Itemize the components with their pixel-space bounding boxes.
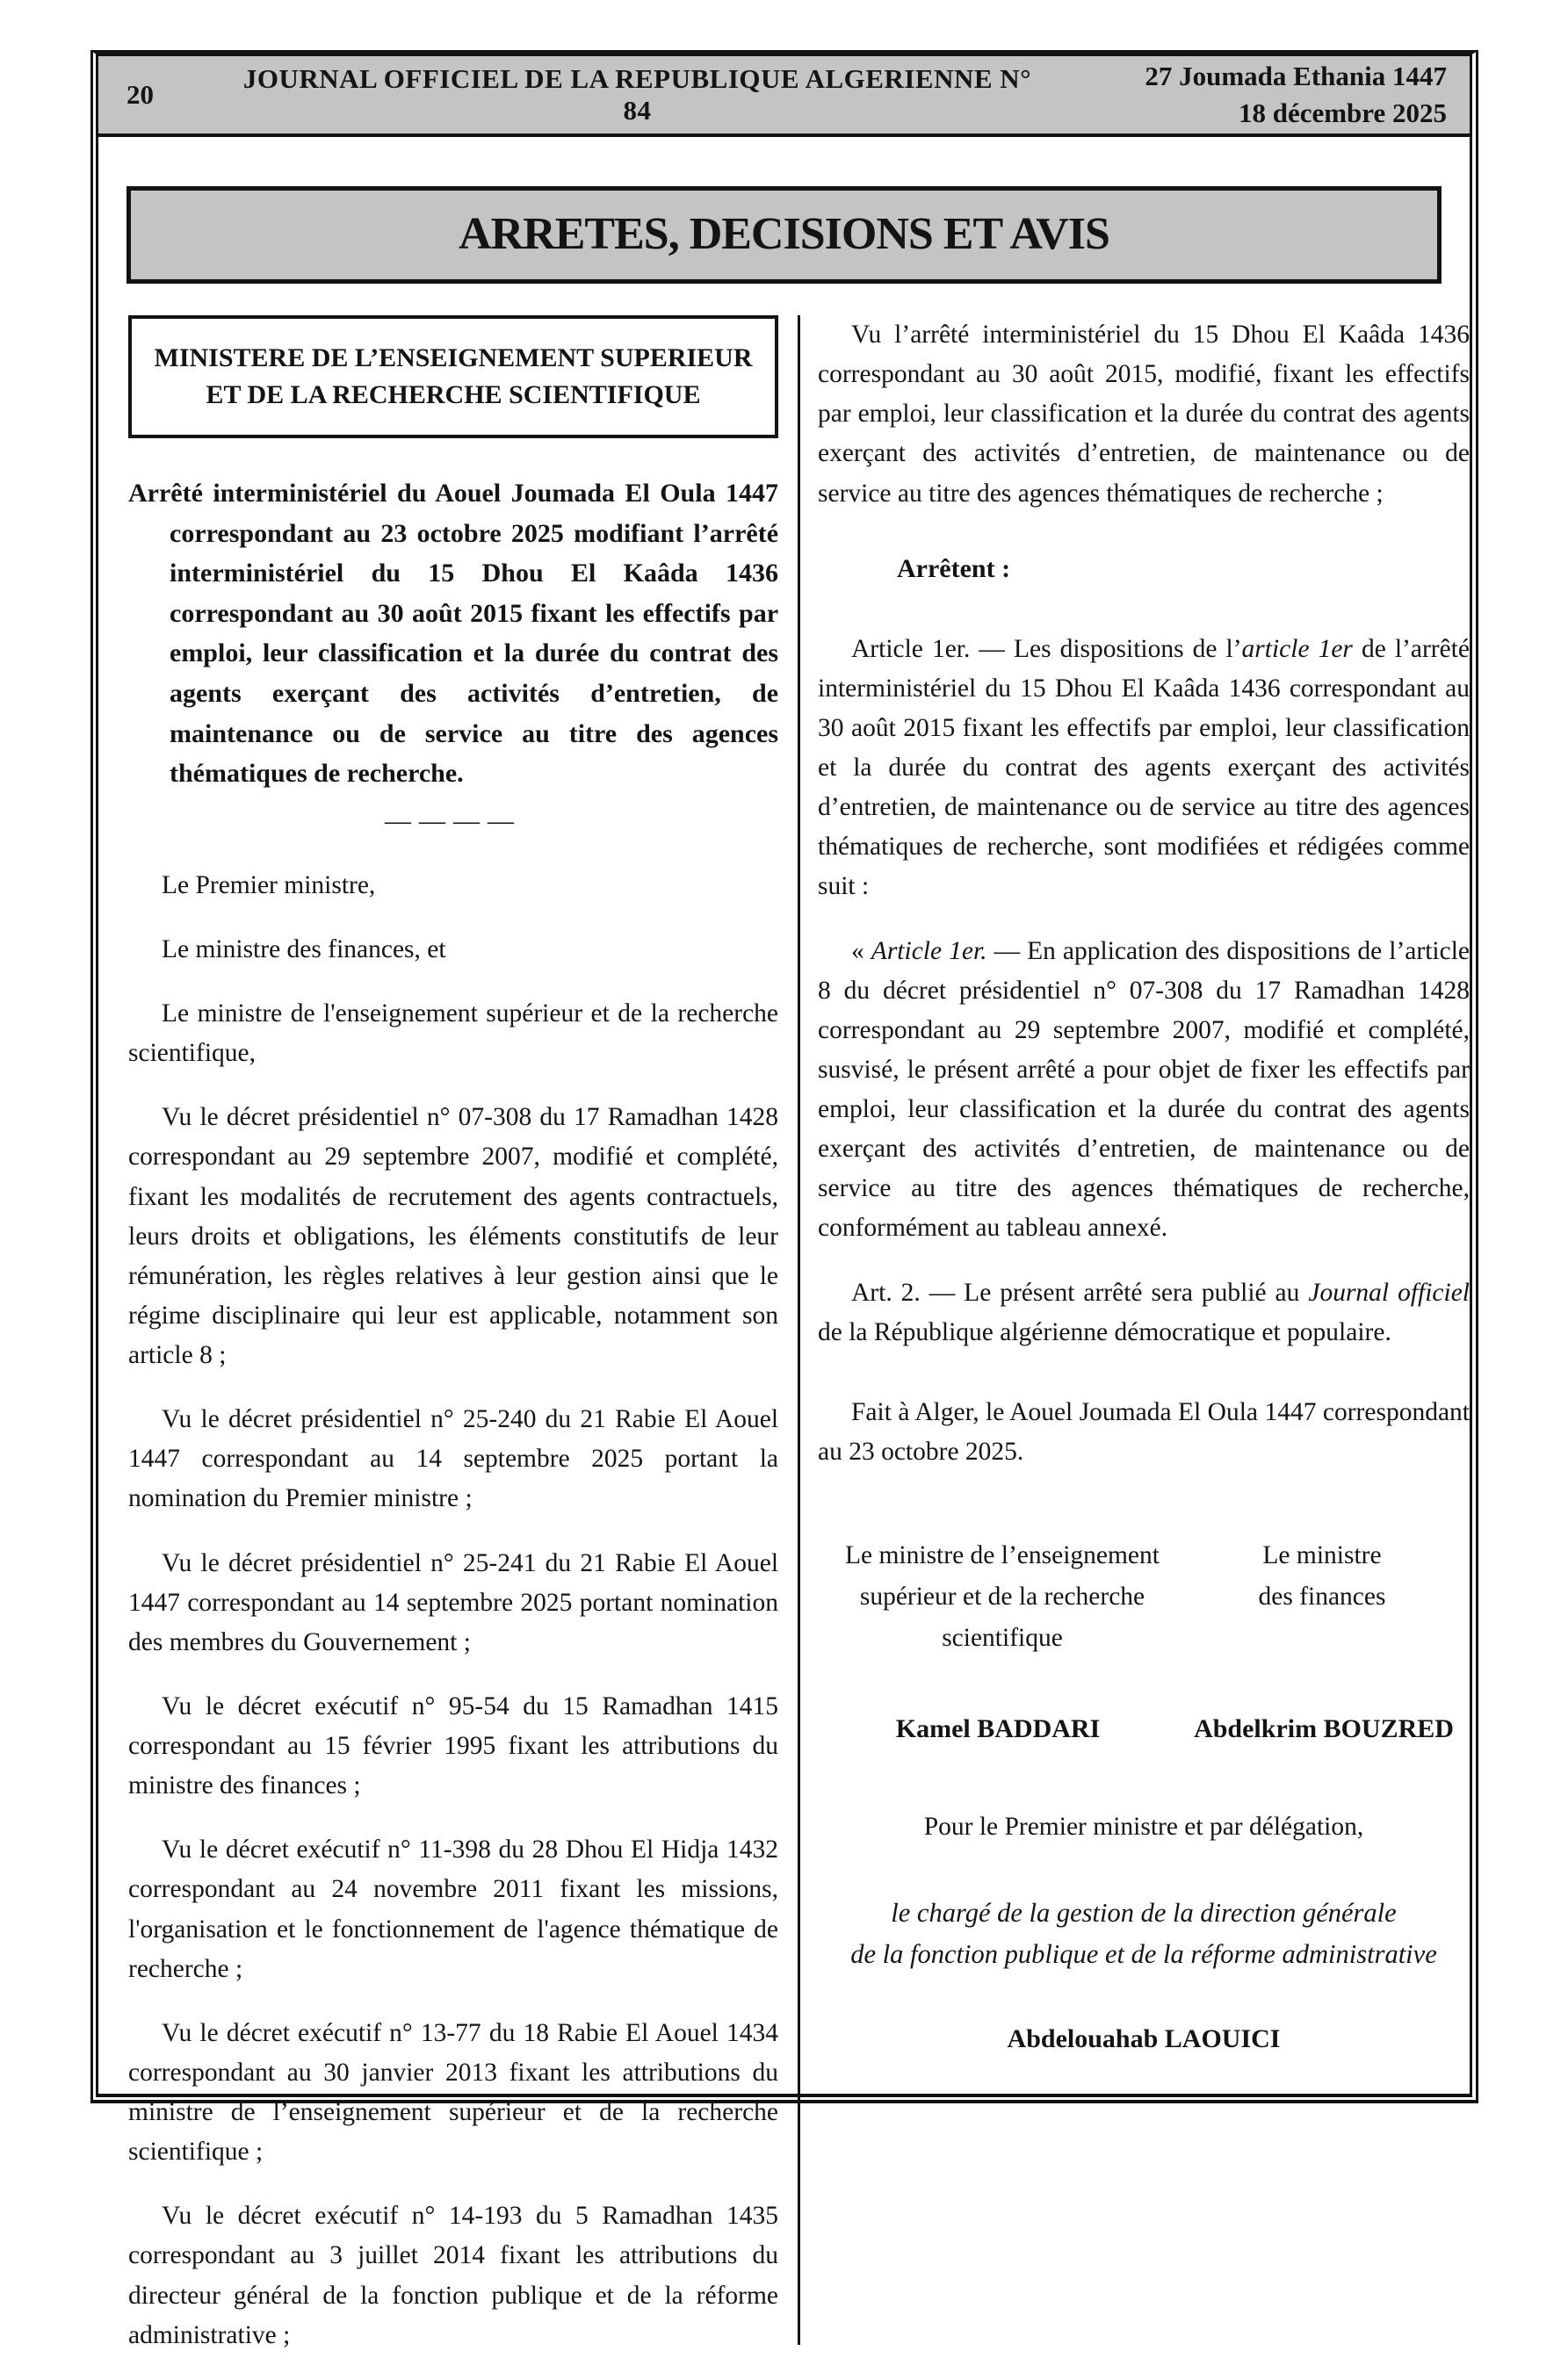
visa-paragraph: Vu le décret exécutif n° 11-398 du 28 Dh… [128,1830,778,1989]
visa-paragraph: Vu le décret présidentiel n° 07-308 du 1… [128,1098,778,1375]
column-divider [798,315,800,2345]
visa-paragraph: Vu le décret exécutif n° 13-77 du 18 Rab… [128,2014,778,2173]
delegate-name: Abdelouahab LAOUICI [818,2024,1470,2054]
visa-paragraph: Vu le décret exécutif n° 14-193 du 5 Ram… [128,2196,778,2355]
ministry-heading-box: MINISTERE DE L’ENSEIGNEMENT SUPERIEUR ET… [128,315,778,438]
signature-title-right-line2: des finances [1199,1576,1445,1618]
article-1-paragraph: Article 1er. — Les dispositions de l’art… [818,630,1470,907]
article-2-rest: de la République algérienne démocratique… [818,1318,1391,1346]
signature-title-left: Le ministre de l’enseignement supérieur … [818,1535,1187,1660]
left-column: MINISTERE DE L’ENSEIGNEMENT SUPERIEUR ET… [128,315,778,2380]
delegate-title-line2: de la fonction publique et de la réforme… [818,1934,1470,1975]
visa-paragraph: Le Premier ministre, [128,866,778,905]
signatory-name-left: Kamel BADDARI [818,1714,1178,1744]
signature-title-right-line1: Le ministre [1199,1535,1445,1576]
journal-title: JOURNAL OFFICIEL DE LA REPUBLIQUE ALGERI… [232,63,1043,126]
article-2-paragraph: Art. 2. — Le présent arrêté sera publié … [818,1273,1470,1352]
signature-title-left-line2: supérieur et de la recherche [818,1576,1187,1618]
article-1-lead: Article 1er. — Les dispositions de l’ [851,635,1242,663]
issue-dates: 27 Joumada Ethania 1447 18 décembre 2025 [1043,58,1447,132]
ministry-heading-line2: ET DE LA RECHERCHE SCIENTIFIQUE [137,377,770,414]
signatory-name-right: Abdelkrim BOUZRED [1178,1714,1470,1744]
two-column-layout: MINISTERE DE L’ENSEIGNEMENT SUPERIEUR ET… [98,315,1470,2380]
right-column: Vu l’arrêté interministériel du 15 Dhou … [818,315,1470,2380]
issue-date-gregorian: 18 décembre 2025 [1043,95,1447,132]
delegate-title-line1: le chargé de la gestion de la direction … [818,1893,1470,1934]
page-frame: 20 JOURNAL OFFICIEL DE LA REPUBLIQUE ALG… [90,50,1478,2103]
signature-title-left-line3: scientifique [818,1618,1187,1659]
dash-separator: ———— [128,806,778,836]
quoted-article-italic: Article 1er. [871,937,987,965]
quoted-article-rest: — En application des dispositions de l’a… [818,937,1470,1243]
arretent-heading: Arrêtent : [897,554,1470,584]
quoted-article-paragraph: « Article 1er. — En application des disp… [818,932,1470,1249]
decree-title: Arrêté interministériel du Aouel Joumada… [128,473,778,794]
article-1-rest: de l’arrêté interministériel du 15 Dhou … [818,635,1470,901]
section-banner: ARRETES, DECISIONS ET AVIS [126,186,1442,284]
delegation-line: Pour le Premier ministre et par délégati… [818,1813,1470,1842]
visa-paragraph: Vu le décret présidentiel n° 25-240 du 2… [128,1400,778,1518]
quoted-article-open: « [851,937,871,965]
delegate-title: le chargé de la gestion de la direction … [818,1893,1470,1976]
article-1-italic: article 1er [1242,635,1353,663]
visa-paragraph: Vu le décret présidentiel n° 25-241 du 2… [128,1544,778,1662]
fait-paragraph: Fait à Alger, le Aouel Joumada El Oula 1… [818,1393,1470,1472]
article-2-lead: Art. 2. — Le présent arrêté sera publié … [851,1279,1308,1307]
issue-date-hijri: 27 Joumada Ethania 1447 [1043,58,1447,95]
visa-paragraph: Vu le décret exécutif n° 95-54 du 15 Ram… [128,1687,778,1806]
page-number: 20 [126,79,232,111]
signature-names-row: Kamel BADDARI Abdelkrim BOUZRED [818,1714,1470,1744]
visa-paragraph: Le ministre des finances, et [128,930,778,970]
page-header: 20 JOURNAL OFFICIEL DE LA REPUBLIQUE ALG… [98,56,1470,137]
journal-page: 20 JOURNAL OFFICIEL DE LA REPUBLIQUE ALG… [0,0,1568,2218]
visa-paragraph: Le ministre de l'enseignement supérieur … [128,994,778,1073]
signature-title-left-line1: Le ministre de l’enseignement [818,1535,1187,1576]
section-banner-title: ARRETES, DECISIONS ET AVIS [459,209,1109,259]
signature-title-right: Le ministre des finances [1199,1535,1445,1660]
signature-titles-row: Le ministre de l’enseignement supérieur … [818,1535,1470,1660]
ministry-heading-line1: MINISTERE DE L’ENSEIGNEMENT SUPERIEUR [137,340,770,377]
visa-paragraph: Vu l’arrêté interministériel du 15 Dhou … [818,315,1470,514]
article-2-italic: Journal officiel [1308,1279,1470,1307]
